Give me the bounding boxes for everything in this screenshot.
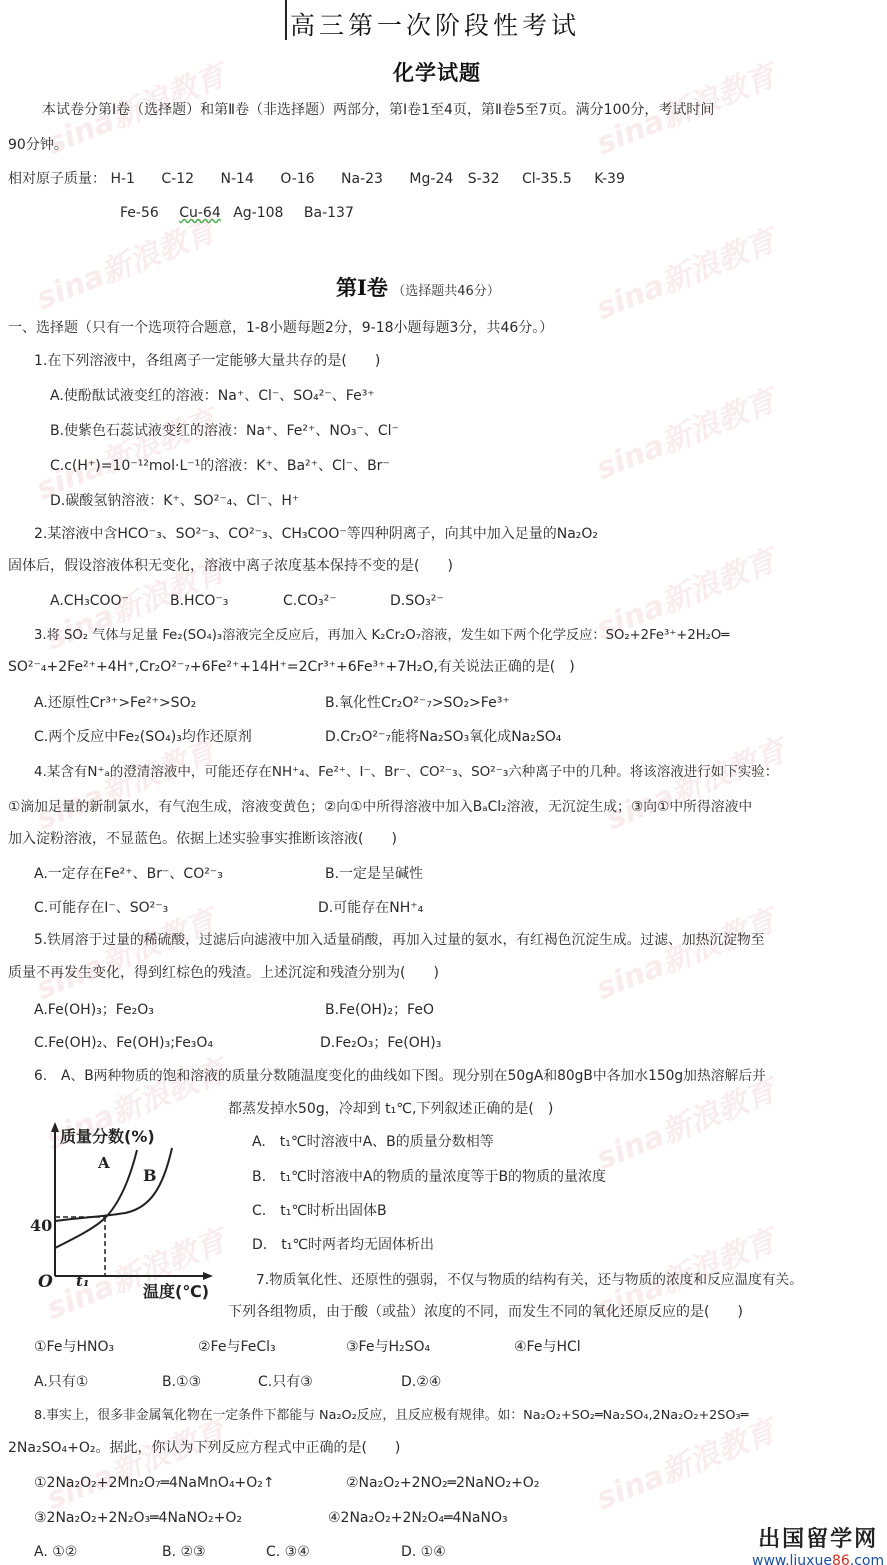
- question-8-option-d: D. ①④: [401, 1542, 446, 1562]
- atomic-mass: S-32: [468, 171, 500, 187]
- question-1-stem: 1.在下列溶液中，各组离子一定能够大量共存的是( ): [34, 351, 380, 371]
- figure-origin: O: [38, 1272, 53, 1292]
- question-4-option-b: B.一定是呈碱性: [325, 864, 423, 884]
- question-8-item-1: ①2Na₂O₂+2Mn₂O₇═4NaMnO₄+O₂↑: [34, 1473, 275, 1493]
- intro-line-1: 本试卷分第Ⅰ卷（选择题）和第Ⅱ卷（非选择题）两部分，第Ⅰ卷1至4页，第Ⅱ卷5至7…: [42, 100, 714, 120]
- question-8-option-c: C. ③④: [266, 1542, 310, 1562]
- question-8-stem: 8.事实上，很多非金属氧化物在一定条件下都能与 Na₂O₂反应，且反应极有规律。…: [34, 1406, 748, 1426]
- atomic-mass: K-39: [594, 171, 625, 187]
- page-subtitle: 化学试题: [393, 57, 481, 87]
- question-1-option-c: C.c(H⁺)=10⁻¹²mol·L⁻¹的溶液：K⁺、Ba²⁺、Cl⁻、Br⁻: [50, 456, 390, 476]
- figure-ylabel: 质量分数(%): [60, 1124, 155, 1147]
- atomic-mass: H-1: [110, 171, 135, 187]
- question-7-item-4: ④Fe与HCl: [514, 1337, 581, 1357]
- question-4-option-c: C.可能存在I⁻、SO²⁻₃: [34, 898, 168, 918]
- logo-url-prefix: www.liuxue: [752, 1553, 832, 1565]
- question-4-option-a: A.一定存在Fe²⁺、Br⁻、CO²⁻₃: [34, 864, 223, 884]
- section-note: （选择题共46分）: [392, 284, 500, 299]
- question-2-option-d: D.SO₃²⁻: [390, 591, 444, 611]
- question-5-option-b: B.Fe(OH)₂；FeO: [325, 1000, 434, 1020]
- atomic-mass: Na-23: [341, 171, 383, 187]
- logo-url-num: 86: [832, 1553, 850, 1565]
- footer-logo: 出国留学网 www.liuxue86.com: [752, 1522, 884, 1565]
- question-8-item-3: ③2Na₂O₂+2N₂O₃═4NaNO₂+O₂: [34, 1508, 242, 1528]
- atomic-mass: Cu-64: [179, 205, 221, 221]
- atomic-mass: O-16: [280, 171, 314, 187]
- figure-curve-b-label: B: [143, 1166, 157, 1185]
- page-title: 高三第一次阶段性考试: [290, 6, 580, 42]
- logo-name: 出国留学网: [752, 1522, 884, 1553]
- question-7-item-2: ②Fe与FeCl₃: [198, 1337, 276, 1357]
- question-5-stem-cont: 质量不再发生变化，得到红棕色的残渣。上述沉淀和残渣分别为( ): [8, 963, 439, 983]
- question-8-stem-cont: 2Na₂SO₄+O₂。据此，你认为下列反应方程式中正确的是( ): [8, 1438, 400, 1458]
- atomic-mass-label: 相对原子质量：: [8, 171, 106, 187]
- question-2-stem-cont: 固体后，假设溶液体积无变化，溶液中离子浓度基本保持不变的是( ): [8, 556, 453, 576]
- atomic-mass: Ba-137: [304, 205, 354, 221]
- text-cursor: [285, 0, 287, 40]
- atomic-mass: Fe-56: [120, 205, 159, 221]
- question-1-option-a: A.使酚酞试液变红的溶液：Na⁺、Cl⁻、SO₄²⁻、Fe³⁺: [50, 386, 375, 406]
- question-3-option-b: B.氧化性Cr₂O²⁻₇>SO₂>Fe³⁺: [325, 693, 510, 713]
- atomic-mass-row-2: Fe-56 Cu-64 Ag-108 Ba-137: [120, 203, 354, 223]
- question-5-option-c: C.Fe(OH)₂、Fe(OH)₃;Fe₃O₄: [34, 1033, 213, 1053]
- watermark: sina新浪教育: [589, 896, 781, 1008]
- atomic-mass: C-12: [161, 171, 194, 187]
- intro-line-2: 90分钟。: [8, 135, 68, 155]
- question-2-stem: 2.某溶液中含HCO⁻₃、SO²⁻₃、CO²⁻₃、CH₃COO⁻等四种阴离子，向…: [34, 524, 598, 544]
- question-3-option-a: A.还原性Cr³⁺>Fe²⁺>SO₂: [34, 693, 196, 713]
- watermark: sina新浪教育: [589, 216, 781, 328]
- atomic-mass: N-14: [221, 171, 254, 187]
- question-6-option-b: B. t₁℃时溶液中A的物质的量浓度等于B的物质的量浓度: [252, 1167, 606, 1187]
- part-heading: 一、选择题（只有一个选项符合题意，1-8小题每题2分，9-18小题每题3分，共4…: [8, 318, 553, 338]
- question-5-stem: 5.铁屑溶于过量的稀硫酸，过滤后向滤液中加入适量硝酸，再加入过量的氨水，有红褐色…: [34, 930, 765, 950]
- figure-x-tick: t₁: [76, 1272, 90, 1290]
- question-8-item-2: ②Na₂O₂+2NO₂═2NaNO₂+O₂: [346, 1473, 539, 1493]
- question-6-stem: 6. A、B两种物质的饱和溶液的质量分数随温度变化的曲线如下图。现分别在50gA…: [34, 1066, 766, 1086]
- logo-url: www.liuxue86.com: [752, 1553, 884, 1565]
- question-2-option-b: B.HCO⁻₃: [170, 591, 228, 611]
- question-6-stem-cont: 都蒸发掉水50g，冷却到 t₁℃,下列叙述正确的是( ): [228, 1099, 553, 1119]
- question-6-option-d: D. t₁℃时两者均无固体析出: [252, 1235, 434, 1255]
- question-4-stem: 4.某含有N⁺ₐ的澄清溶液中，可能还存在NH⁺₄、Fe²⁺、I⁻、Br⁻、CO²…: [34, 762, 778, 782]
- question-3-option-d: D.Cr₂O²⁻₇能将Na₂SO₃氧化成Na₂SO₄: [325, 727, 561, 747]
- atomic-mass-row-1: 相对原子质量： H-1 C-12 N-14 O-16 Na-23 Mg-24 S…: [8, 169, 625, 189]
- question-7-stem-cont: 下列各组物质，由于酸（或盐）浓度的不同，而发生不同的氧化还原反应的是( ): [228, 1302, 743, 1322]
- figure-xlabel: 温度(℃): [143, 1279, 209, 1302]
- question-1-option-b: B.使紫色石蕊试液变红的溶液：Na⁺、Fe²⁺、NO₃⁻、Cl⁻: [50, 421, 399, 441]
- figure-curve-a-label: A: [98, 1154, 110, 1172]
- question-5-option-d: D.Fe₂O₃；Fe(OH)₃: [320, 1033, 441, 1053]
- question-4-stem-cont: ①滴加足量的新制氯水，有气泡生成，溶液变黄色；②向①中所得溶液中加入BₐCl₂溶…: [8, 797, 752, 817]
- figure-y-tick: 40: [30, 1216, 52, 1235]
- question-6-option-c: C. t₁℃时析出固体B: [252, 1201, 387, 1221]
- question-4-stem-cont2: 加入淀粉溶液，不显蓝色。依据上述实验事实推断该溶液( ): [8, 829, 397, 849]
- question-1-option-d: D.碳酸氢钠溶液：K⁺、SO²⁻₄、Cl⁻、H⁺: [50, 491, 299, 511]
- question-2-option-a: A.CH₃COO⁻: [50, 591, 129, 611]
- question-3-stem-cont: SO²⁻₄+2Fe²⁺+4H⁺,Cr₂O²⁻₇+6Fe²⁺+14H⁺=2Cr³⁺…: [8, 657, 575, 677]
- question-2-option-c: C.CO₃²⁻: [283, 591, 337, 611]
- watermark: sina新浪教育: [599, 726, 791, 838]
- atomic-mass: Cl-35.5: [522, 171, 572, 187]
- logo-url-suffix: .com: [850, 1553, 884, 1565]
- atomic-mass: Ag-108: [233, 205, 283, 221]
- question-7-option-c: C.只有③: [258, 1372, 313, 1392]
- question-5-option-a: A.Fe(OH)₃；Fe₂O₃: [34, 1000, 154, 1020]
- question-7-option-b: B.①③: [162, 1372, 201, 1392]
- question-3-option-c: C.两个反应中Fe₂(SO₄)₃均作还原剂: [34, 727, 252, 747]
- question-8-option-a: A. ①②: [34, 1542, 77, 1562]
- section-heading: 第Ⅰ卷 （选择题共46分）: [336, 272, 500, 302]
- question-8-option-b: B. ②③: [162, 1542, 206, 1562]
- atomic-mass: Mg-24: [409, 171, 453, 187]
- section-title: 第Ⅰ卷: [336, 275, 388, 300]
- question-8-item-4: ④2Na₂O₂+2N₂O₄═4NaNO₃: [328, 1508, 508, 1528]
- question-3-stem: 3.将 SO₂ 气体与足量 Fe₂(SO₄)₃溶液完全反应后，再加入 K₂Cr₂…: [34, 626, 729, 646]
- watermark: sina新浪教育: [589, 376, 781, 488]
- question-7-item-1: ①Fe与HNO₃: [34, 1337, 114, 1357]
- question-7-option-d: D.②④: [401, 1372, 441, 1392]
- question-4-option-d: D.可能存在NH⁺₄: [318, 898, 423, 918]
- question-6-option-a: A. t₁℃时溶液中A、B的质量分数相等: [252, 1132, 494, 1152]
- question-7-stem: 7.物质氧化性、还原性的强弱，不仅与物质的结构有关，还与物质的浓度和反应温度有关…: [256, 1270, 803, 1290]
- question-7-item-3: ③Fe与H₂SO₄: [346, 1337, 430, 1357]
- question-7-option-a: A.只有①: [34, 1372, 88, 1392]
